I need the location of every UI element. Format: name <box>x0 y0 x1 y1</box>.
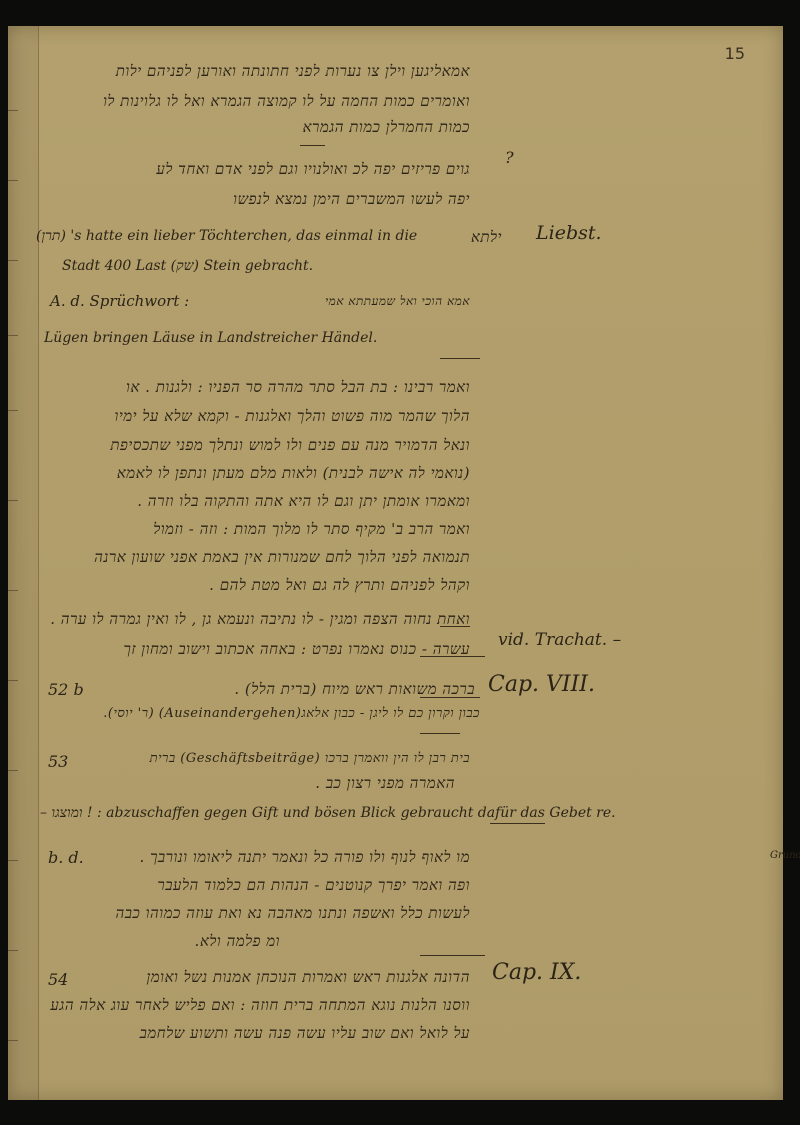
margin-tick <box>8 860 18 861</box>
text-line: מו לאוף לנוף ולו פורה כל ונאמר יתנה ליאו… <box>40 848 470 867</box>
text-line: ונאל הדמויר מנה עם פנים ולו למוש ונתלך מ… <box>30 436 470 455</box>
divider <box>420 733 460 734</box>
text-line: ופה ואמר יפרך קנוטנים - הנהות הם כלמוד ה… <box>40 876 470 895</box>
text-line: הדונה אלגנות ראש ואמרות הנוכחן אמנות נשל… <box>50 968 470 987</box>
margin-label: vid. Trachat. – <box>498 630 621 650</box>
text-line: Lügen bringen Läuse in Landstreicher Hän… <box>44 330 377 346</box>
margin-label: ילתא <box>462 228 502 247</box>
margin-tick <box>8 260 18 261</box>
margin-tick <box>8 110 18 111</box>
text-line: וקהל לפניהם ותרץ לה גם ואל מטת להם . <box>50 576 470 595</box>
entry-number: 53 <box>48 752 68 771</box>
text-line: הלוך שהמר מוה פשוט והלך ואלגנות - וקמא ש… <box>30 407 470 426</box>
chapter-label: Cap. VIII. <box>488 672 595 697</box>
text-line: (תרן) 's hatte ein lieber Töchterchen, d… <box>36 228 417 245</box>
text-line: ואומרים כמות החמה על לו קמוצה הגמרא ואל … <box>30 92 470 111</box>
text-line: (נואמי לה אישה לבנית) ולאות מלם מעתן ונת… <box>30 464 470 483</box>
text-line: גוים פריזים יפה לכ ואולנויו וגם לפני אדם… <box>40 160 470 179</box>
chapter-label: Cap. IX. <box>492 960 581 985</box>
text-line: ואמר הרב ב' מקיף סתר לו מלוך המות : וזה … <box>50 520 470 539</box>
margin-tick <box>8 950 18 951</box>
text-line: עשרה - כנוס נאמרו נפרט : באחה אכתוב וישו… <box>50 640 470 659</box>
text-line: יפה לעשו המשברים הימן נמצא לנפשו <box>80 190 470 209</box>
text-line: כמות החמרלן כמות הגמרא <box>170 118 470 137</box>
text-line: האמרה מפני רצון כב . <box>235 774 455 793</box>
text-line: אמא הוכי ואל שמעתתא אמי <box>270 294 470 309</box>
text-line: על לואל ואם שוב עליו עשה פנה עשה ותשוע ש… <box>30 1024 470 1043</box>
divider <box>440 358 480 359</box>
margin-label: Liebst. <box>536 222 602 244</box>
text-line: ואמר רבינו : בת הבל סתר מהרה סר הפניו : … <box>30 378 470 397</box>
divider <box>300 145 325 146</box>
text-line: ומאמרו אומתן יתן וגם לו היא אתה והתקוה ב… <box>50 492 470 511</box>
text-line: לעשות כלל ואשפה ונתנו מאהבה נא ואת עוזה … <box>40 904 470 923</box>
divider <box>490 823 545 824</box>
margin-note: Grund <box>770 850 800 861</box>
page-number: 15 <box>725 44 745 63</box>
divider <box>440 626 470 627</box>
divider <box>420 656 485 657</box>
margin-tick <box>8 410 18 411</box>
margin-tick <box>8 500 18 501</box>
text-line: ווסנו הלנות נוגא המתחה ברית חוזה : ואם פ… <box>30 996 470 1015</box>
text-line: אמאליגען וילן צו נערות לפני חתונתה ואורע… <box>50 62 470 81</box>
margin-tick <box>8 335 18 336</box>
text-line: ומ פלמה ולא. <box>80 932 280 951</box>
margin-tick <box>8 770 18 771</box>
margin-tick <box>8 1040 18 1041</box>
text-line: בית רבן לו הין וואמרן ברכו (Geschäftsbei… <box>140 750 470 766</box>
margin-marker: ? <box>505 148 514 167</box>
text-line: כבון וקרון כם לו ליגן - כבון אלאג(Ausein… <box>40 705 480 721</box>
text-line: ואחת נחוה הצפה ומגין - לו נתיבה ונעמא גן… <box>30 610 470 629</box>
margin-tick <box>8 180 18 181</box>
margin-tick <box>8 680 18 681</box>
divider <box>420 697 480 698</box>
entry-number: 52 b <box>48 680 84 699</box>
text-line: Stadt 400 Last (שק) Stein gebracht. <box>62 258 313 275</box>
divider <box>420 955 485 956</box>
text-line: – ומוצגו ! : abzuschaffen gegen Gift und… <box>40 805 616 822</box>
text-line: A. d. Sprüchwort : <box>50 292 189 310</box>
text-line: תנמואה לפני הלוך לחם שמנורות אין באמת אפ… <box>30 548 470 567</box>
margin-tick <box>8 590 18 591</box>
